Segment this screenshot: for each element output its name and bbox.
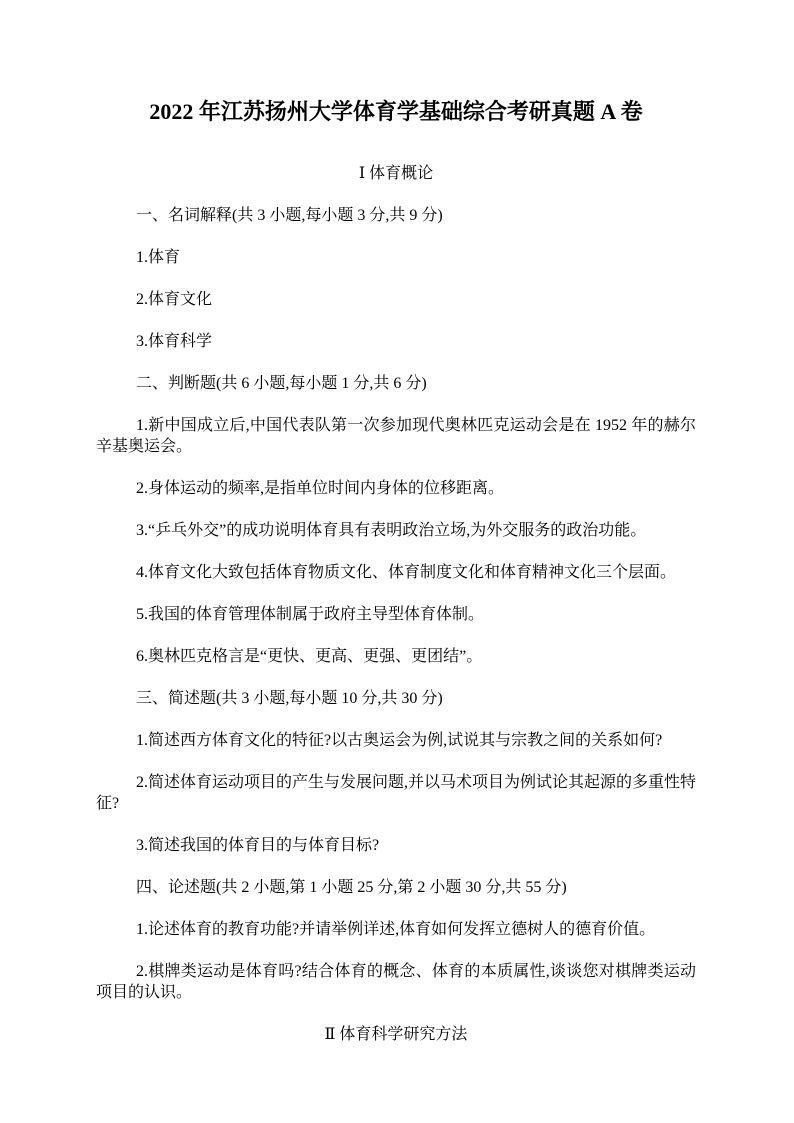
section-4-item-2: 2.棋牌类运动是体育吗?结合体育的概念、体育的本质属性,谈谈您对棋牌类运动项目的… — [96, 961, 696, 1003]
section-1-item-2: 2.体育文化 — [96, 289, 696, 310]
section-3-item-3: 3.简述我国的体育目的与体育目标? — [96, 835, 696, 856]
section-2-item-5: 5.我国的体育管理体制属于政府主导型体育体制。 — [96, 604, 696, 625]
document-page: 2022 年江苏扬州大学体育学基础综合考研真题 A 卷 Ⅰ 体育概论 一、名词解… — [0, 0, 794, 1123]
section-4-item-1: 1.论述体育的教育功能?并请举例详述,体育如何发挥立德树人的德育价值。 — [96, 919, 696, 940]
section-1-item-3: 3.体育科学 — [96, 331, 696, 352]
section-2-item-6: 6.奥林匹克格言是“更快、更高、更强、更团结”。 — [96, 646, 696, 667]
part1-heading: Ⅰ 体育概论 — [96, 163, 696, 184]
section-2-header: 二、判断题(共 6 小题,每小题 1 分,共 6 分) — [96, 373, 696, 394]
section-2-item-3: 3.“乒乓外交”的成功说明体育具有表明政治立场,为外交服务的政治功能。 — [96, 520, 696, 541]
section-2-item-2: 2.身体运动的频率,是指单位时间内身体的位移距离。 — [96, 478, 696, 499]
section-3-header: 三、简述题(共 3 小题,每小题 10 分,共 30 分) — [96, 688, 696, 709]
section-4-header: 四、论述题(共 2 小题,第 1 小题 25 分,第 2 小题 30 分,共 5… — [96, 877, 696, 898]
section-2-item-1: 1.新中国成立后,中国代表队第一次参加现代奥林匹克运动会是在 1952 年的赫尔… — [96, 415, 696, 457]
section-3-item-1: 1.简述西方体育文化的特征?以古奥运会为例,试说其与宗教之间的关系如何? — [96, 730, 696, 751]
section-1-item-1: 1.体育 — [96, 247, 696, 268]
section-2-item-4: 4.体育文化大致包括体育物质文化、体育制度文化和体育精神文化三个层面。 — [96, 562, 696, 583]
part2-heading: Ⅱ 体育科学研究方法 — [96, 1024, 696, 1045]
section-3-item-2: 2.简述体育运动项目的产生与发展问题,并以马术项目为例试论其起源的多重性特征? — [96, 772, 696, 814]
section-1-header: 一、名词解释(共 3 小题,每小题 3 分,共 9 分) — [96, 205, 696, 226]
document-title: 2022 年江苏扬州大学体育学基础综合考研真题 A 卷 — [96, 96, 696, 128]
